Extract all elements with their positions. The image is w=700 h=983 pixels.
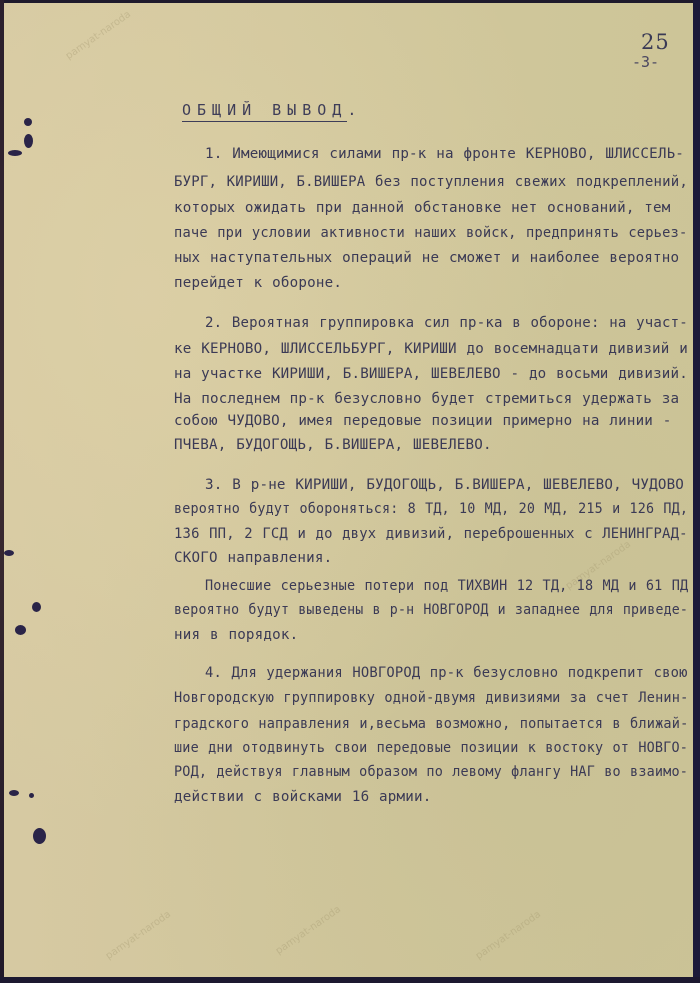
text-line: ке КЕРНОВО, ШЛИССЕЛЬБУРГ, КИРИШИ до восе… — [174, 341, 688, 357]
binding-hole-mark — [24, 118, 32, 126]
scan-edge-bottom — [0, 977, 700, 983]
text-line: вероятно будут обороняться: 8 ТД, 10 МД,… — [174, 501, 688, 517]
text-line: Понесшие серьезные потери под ТИХВИН 12 … — [205, 578, 688, 594]
binding-hole-mark — [29, 793, 34, 798]
text-line: На последнем пр-к безусловно будет стрем… — [174, 391, 679, 407]
text-line: БУРГ, КИРИШИ, Б.ВИШЕРА без поступления с… — [174, 174, 688, 190]
text-line: 136 ПП, 2 ГСД и до двух дивизий, перебро… — [174, 526, 688, 542]
binding-hole-mark — [24, 134, 33, 148]
document-title-text: ОБЩИЙ ВЫВОД — [182, 101, 347, 122]
text-line: которых ожидать при данной обстановке не… — [174, 200, 671, 216]
text-line: 2. Вероятная группировка сил пр-ка в обо… — [205, 315, 688, 331]
binding-hole-mark — [8, 150, 22, 156]
text-line: на участке КИРИШИ, Б.ВИШЕРА, ШЕВЕЛЕВО - … — [174, 366, 688, 382]
binding-hole-mark — [15, 625, 26, 635]
text-line: собою ЧУДОВО, имея передовые позиции при… — [174, 413, 672, 429]
document-title-period: . — [347, 101, 362, 119]
binding-hole-mark — [32, 602, 41, 612]
text-line: 3. В р-не КИРИШИ, БУДОГОЩЬ, Б.ВИШЕРА, ШЕ… — [205, 477, 684, 493]
archive-page-number: 25 — [641, 30, 670, 54]
text-line: действии с войсками 16 армии. — [174, 789, 432, 805]
binding-hole-mark — [4, 550, 14, 556]
text-line: 1. Имеющимися силами пр-к на фронте КЕРН… — [205, 146, 684, 162]
sheet-number: -3- — [632, 53, 659, 71]
text-line: перейдет к обороне. — [174, 275, 342, 291]
text-line: ных наступательных операций не сможет и … — [174, 250, 679, 266]
binding-hole-mark — [33, 828, 46, 844]
text-line: СКОГО направления. — [174, 550, 332, 566]
scan-edge-left — [0, 0, 4, 983]
document-title: ОБЩИЙ ВЫВОД. — [182, 101, 362, 119]
scan-edge-right — [693, 0, 700, 983]
text-line: вероятно будут выведены в р-н НОВГОРОД и… — [174, 602, 688, 618]
text-line: РОД, действуя главным образом по левому … — [174, 764, 688, 780]
text-line: Новгородскую группировку одной-двумя див… — [174, 690, 688, 706]
text-line: ния в порядок. — [174, 627, 298, 643]
text-line: паче при условии активности наших войск,… — [174, 225, 687, 241]
text-line: градского направления и,весьма возможно,… — [174, 716, 688, 732]
text-line: шие дни отодвинуть свои передовые позици… — [174, 740, 688, 756]
text-line: ПЧЕВА, БУДОГОЩЬ, Б.ВИШЕРА, ШЕВЕЛЕВО. — [174, 437, 492, 453]
binding-hole-mark — [9, 790, 19, 796]
text-line: 4. Для удержания НОВГОРОД пр-к безусловн… — [205, 665, 688, 681]
